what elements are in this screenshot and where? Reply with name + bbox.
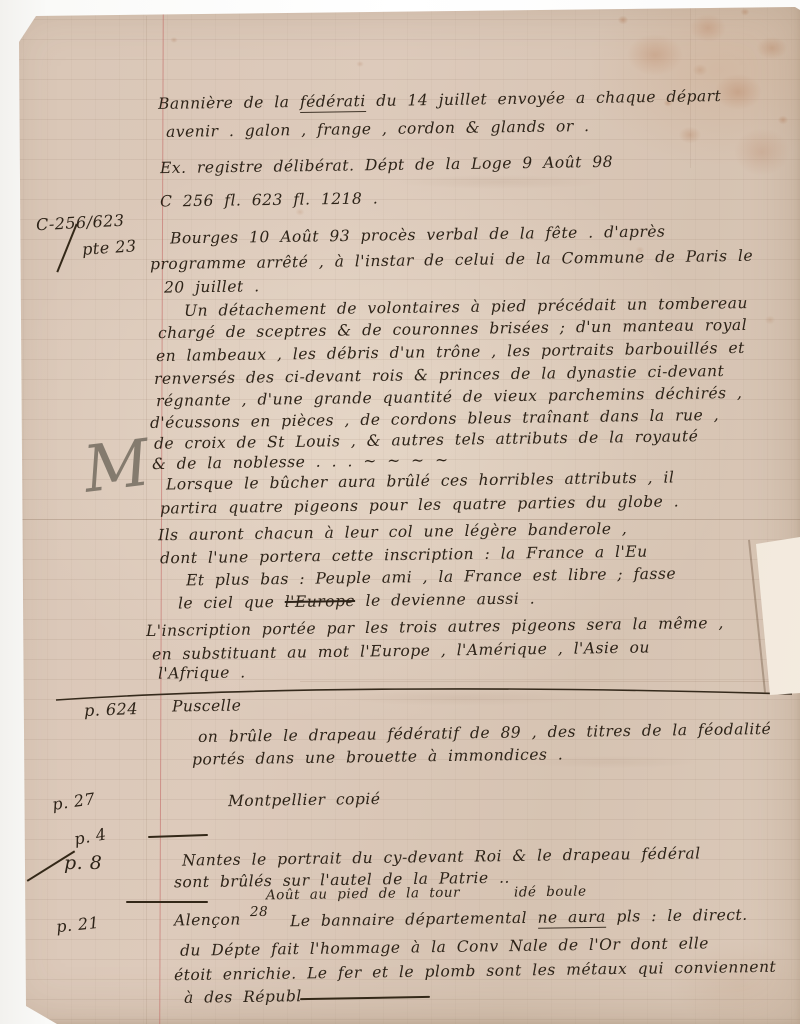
- margin-note-p8: p. 8: [64, 852, 102, 874]
- vertical-crease-left: [146, 16, 147, 1024]
- interlinear-insertion: Août au pied de la tour: [266, 887, 460, 903]
- text-span: Le bannaire départemental: [290, 909, 538, 930]
- underlined-word: fédérati: [300, 92, 366, 113]
- text-line: Puscelle: [172, 699, 242, 715]
- margin-note-p624: p. 624: [84, 699, 139, 720]
- ink-dash-separator: [126, 901, 208, 903]
- horizontal-fold-crease-upper: [20, 519, 800, 520]
- text-line: à des Républ: [184, 989, 302, 1006]
- text-span: pls : le direct.: [606, 906, 748, 926]
- margin-note-piece: pte 23: [81, 236, 137, 259]
- interlinear-insertion: idé boule: [514, 885, 587, 900]
- text-line: Alençon: [174, 913, 241, 929]
- underlined-words: ne aura: [537, 908, 606, 929]
- text-span: le devienne aussi .: [355, 590, 535, 611]
- text-line: Montpellier copié: [228, 792, 381, 810]
- text-span: Bannière de la: [158, 93, 300, 113]
- pencil-mark-M: M: [80, 426, 154, 507]
- text-line: 20 juillet .: [164, 279, 260, 296]
- horizontal-fold-crease-lower: [300, 681, 800, 682]
- text-span: le ciel que: [178, 593, 285, 612]
- struck-word: l'Europe: [285, 592, 356, 611]
- scanned-manuscript-page: { "page": { "description": "Scanned page…: [0, 0, 800, 1024]
- superscript-number: 28: [250, 906, 268, 920]
- text-line: C 256 fl. 623 fl. 1218 .: [160, 191, 378, 210]
- paper-sheet: Bannière de la fédérati du 14 juillet en…: [0, 0, 800, 1024]
- text-line: l'Afrique .: [158, 665, 246, 682]
